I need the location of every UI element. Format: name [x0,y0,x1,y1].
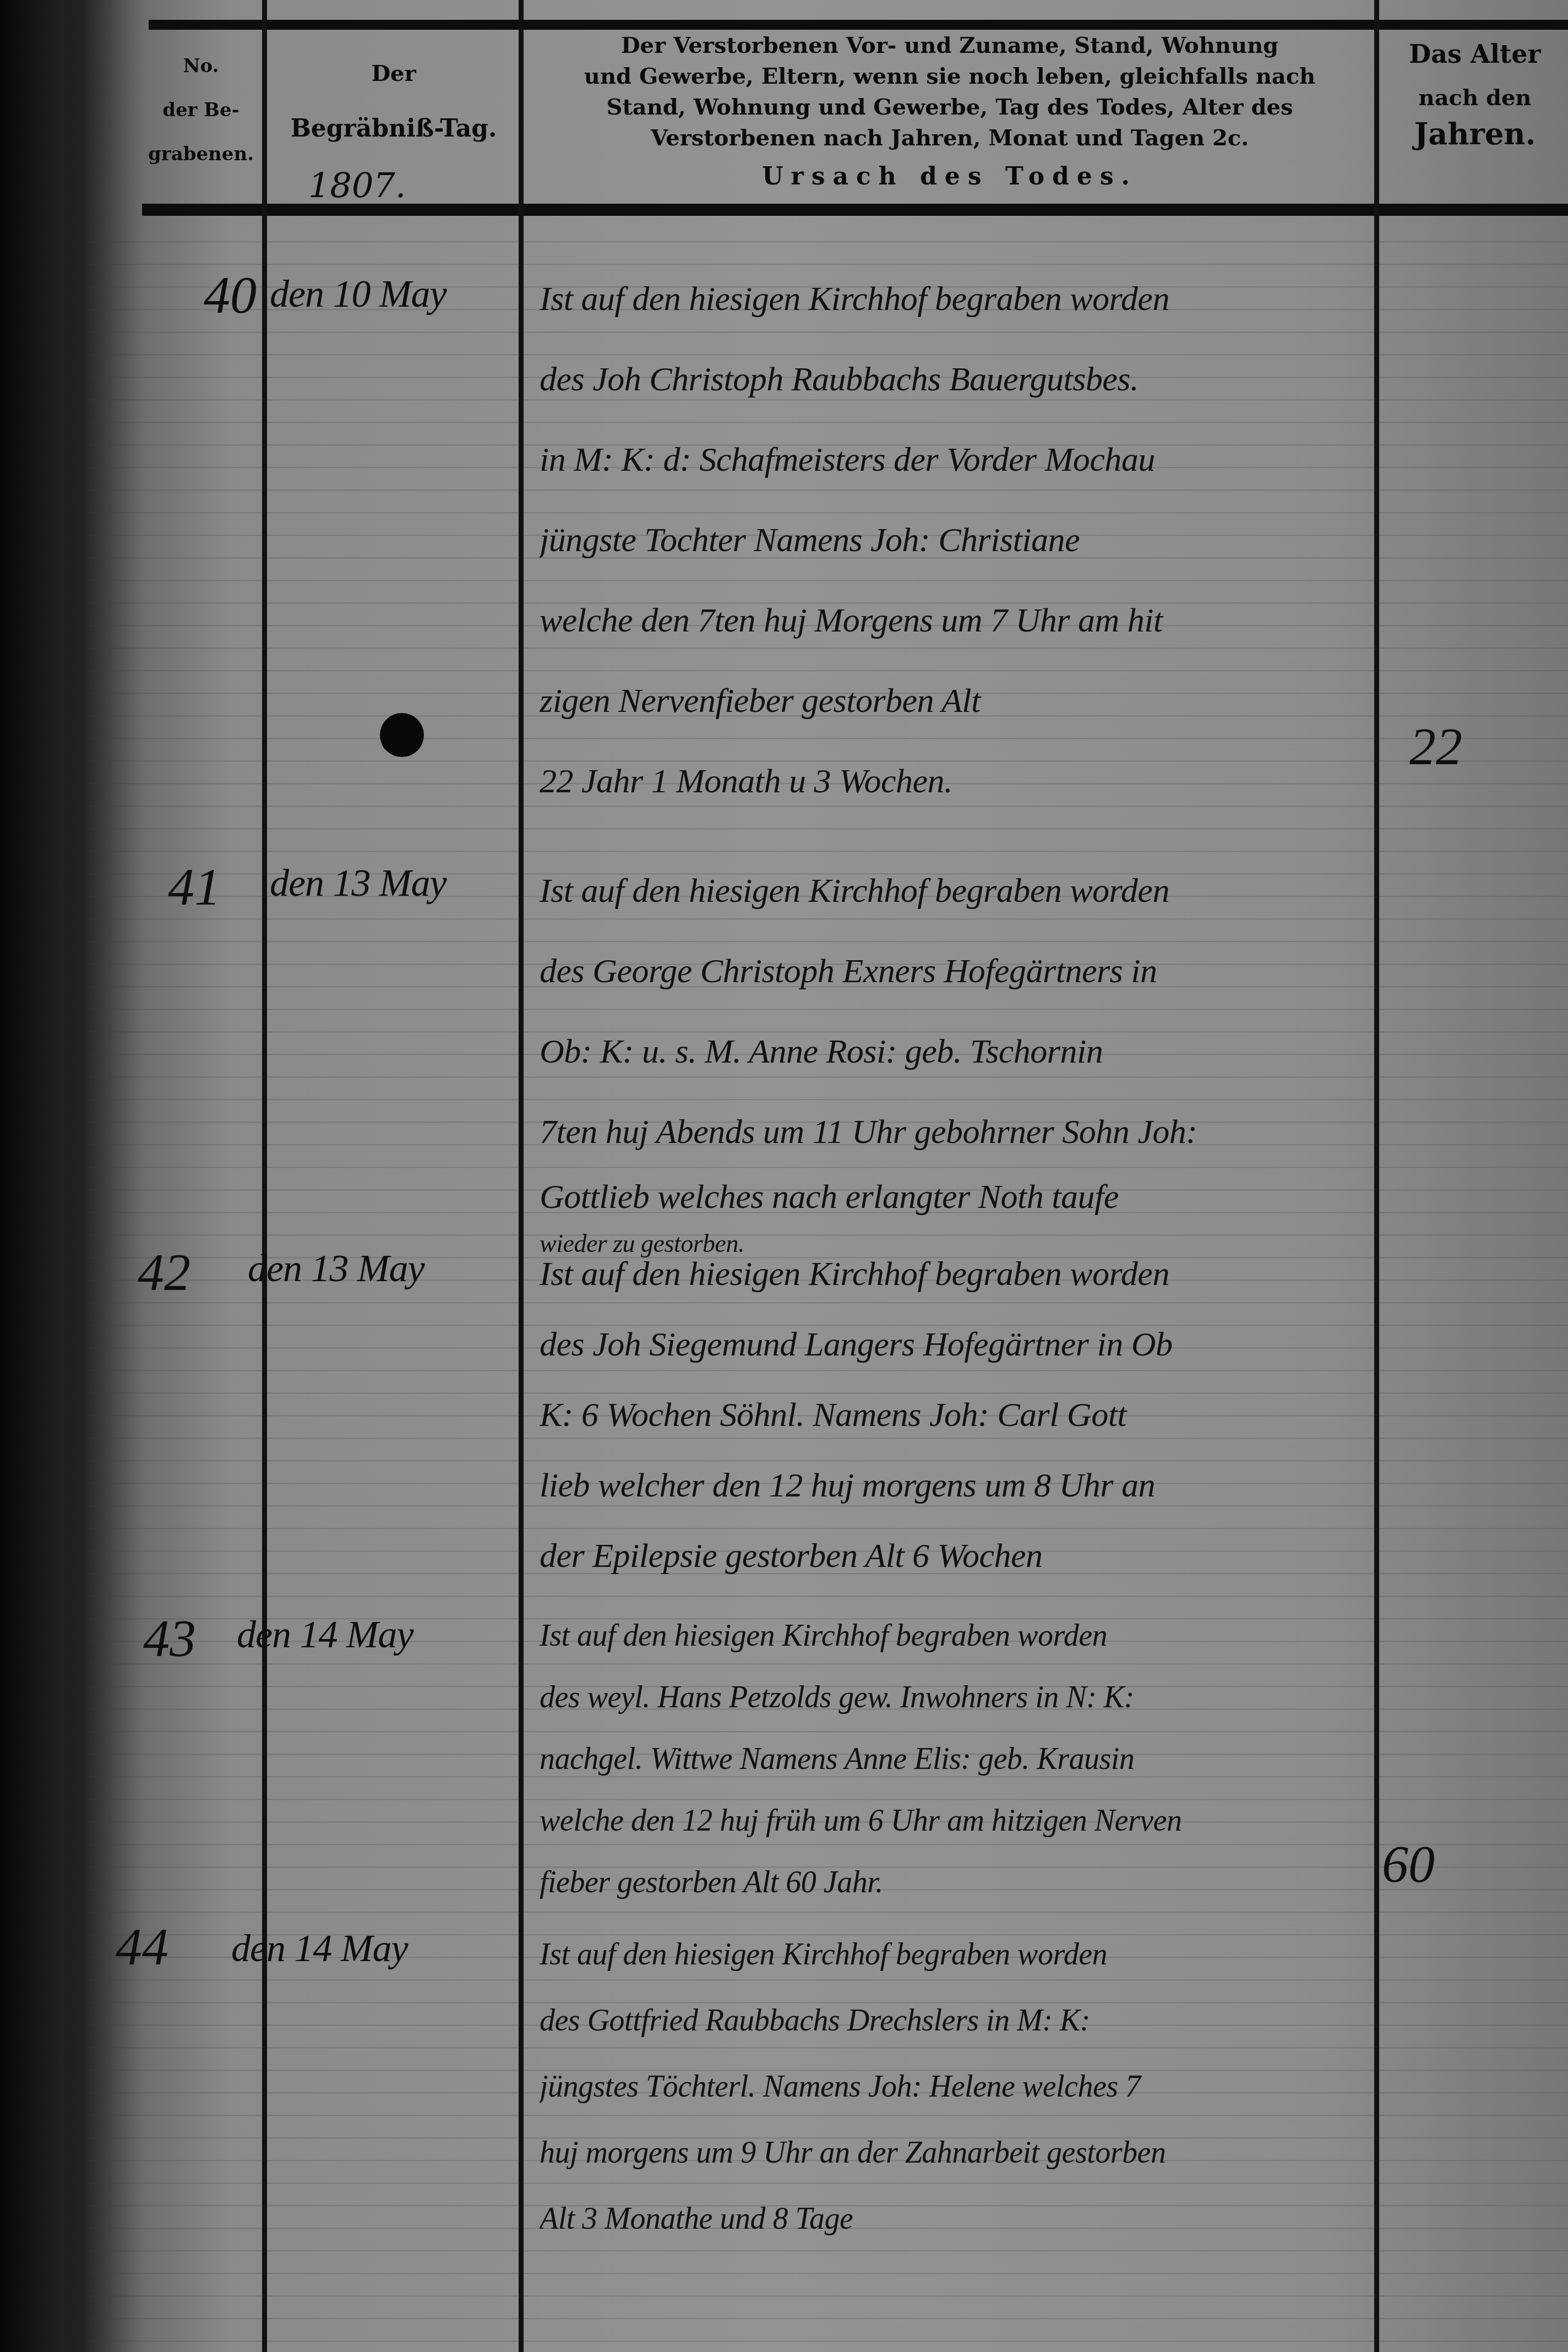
entry-number: 40 [204,264,257,325]
entry-number: 44 [116,1916,168,1977]
entry-age: 22 [1409,716,1462,777]
entry-details: Ist auf den hiesigen Kirchhof begraben w… [540,1921,1365,2252]
header-number-line: grabenen. [143,132,259,176]
entry-line: jüngste Tochter Namens Joh: Christiane [540,500,1365,580]
entry-line: des Joh Siegemund Langers Hofegärtner in… [540,1309,1365,1380]
ink-blot [380,713,424,757]
binding-shadow [0,0,88,2352]
entry-line: Ist auf den hiesigen Kirchhof begraben w… [540,1921,1365,1988]
header-details-line: Der Verstorbenen Vor- und Zuname, Stand,… [529,30,1371,61]
header-top-rule [149,20,1568,30]
entry-number: 42 [138,1242,190,1303]
entry-line: des Gottfried Raubbachs Drechslers in M:… [540,1988,1365,2054]
header-age-line: nach den [1382,85,1568,112]
entry-burial-date: den 14 May [237,1613,413,1657]
header-date-line: Begräbniß-Tag. [270,114,518,144]
entry-details: Ist auf den hiesigen Kirchhof begraben w… [540,1239,1365,1591]
header-age-line: Jahren. [1382,116,1568,153]
entry-line: Ist auf den hiesigen Kirchhof begraben w… [540,1605,1365,1667]
entry-line: des weyl. Hans Petzolds gew. Inwohners i… [540,1667,1365,1728]
column-divider-date [519,0,524,2352]
entry-line: jüngstes Töchterl. Namens Joh: Helene we… [540,2054,1365,2120]
entry-line: lieb welcher den 12 huj morgens um 8 Uhr… [540,1450,1365,1521]
header-age-column: Das Alter nach den Jahren. [1382,39,1568,153]
entry-line: Gottlieb welches nach erlangter Noth tau… [540,1172,1365,1222]
entry-line: nachgel. Wittwe Namens Anne Elis: geb. K… [540,1728,1365,1790]
entry-line: der Epilepsie gestorben Alt 6 Wochen [540,1521,1365,1591]
header-details-line: Verstorbenen nach Jahren, Monat und Tage… [529,123,1371,154]
entry-line: Ist auf den hiesigen Kirchhof begraben w… [540,851,1365,931]
entry-line: huj morgens um 9 Uhr an der Zahnarbeit g… [540,2120,1365,2186]
header-details-line: und Gewerbe, Eltern, wenn sie noch leben… [529,61,1371,92]
column-divider-details [1374,0,1379,2352]
entry-line: des George Christoph Exners Hofegärtners… [540,931,1365,1011]
header-date-line: Der [270,61,518,88]
entry-line: 7ten huj Abends um 11 Uhr gebohrner Sohn… [540,1092,1365,1172]
header-number-column: No. der Be- grabenen. [143,44,259,176]
entry-line: in M: K: d: Schafmeisters der Vorder Moc… [540,420,1365,500]
header-details-line: Stand, Wohnung und Gewerbe, Tag des Tode… [529,92,1371,123]
entry-burial-date: den 13 May [270,862,446,906]
header-number-line: der Be- [143,88,259,132]
entry-line: des Joh Christoph Raubbachs Bauergutsbes… [540,339,1365,420]
entry-details: Ist auf den hiesigen Kirchhof begraben w… [540,1605,1365,1913]
entry-line: welche den 7ten huj Morgens um 7 Uhr am … [540,580,1365,661]
header-bottom-rule [142,204,1568,216]
entry-details: Ist auf den hiesigen Kirchhof begraben w… [540,259,1365,821]
column-divider-number [262,0,267,2352]
entry-line: fieber gestorben Alt 60 Jahr. [540,1852,1365,1913]
header-date-column: Der Begräbniß-Tag. [270,61,518,143]
entry-age: 60 [1382,1833,1435,1894]
entry-number: 41 [168,856,221,917]
header-age-line: Das Alter [1382,39,1568,69]
register-year: 1807. [308,165,406,205]
entry-line: Ist auf den hiesigen Kirchhof begraben w… [540,1239,1365,1309]
header-details-column: Der Verstorbenen Vor- und Zuname, Stand,… [529,30,1371,192]
header-cause-of-death: Ursach des Todes. [529,161,1371,192]
entry-line: welche den 12 huj früh um 6 Uhr am hitzi… [540,1790,1365,1852]
entry-line: 22 Jahr 1 Monath u 3 Wochen. [540,741,1365,821]
entry-line: Ob: K: u. s. M. Anne Rosi: geb. Tschorni… [540,1011,1365,1092]
header-number-line: No. [143,44,259,88]
entry-line: zigen Nervenfieber gestorben Alt [540,661,1365,741]
entry-details: Ist auf den hiesigen Kirchhof begraben w… [540,851,1365,1266]
entry-line: K: 6 Wochen Söhnl. Namens Joh: Carl Gott [540,1380,1365,1450]
entry-burial-date: den 14 May [231,1927,407,1971]
entry-number: 43 [143,1608,196,1669]
entry-burial-date: den 13 May [248,1247,424,1291]
entry-burial-date: den 10 May [270,273,446,317]
entry-line: Alt 3 Monathe und 8 Tage [540,2186,1365,2252]
entry-line: Ist auf den hiesigen Kirchhof begraben w… [540,259,1365,339]
register-page: No. der Be- grabenen. Der Begräbniß-Tag.… [0,0,1568,2352]
